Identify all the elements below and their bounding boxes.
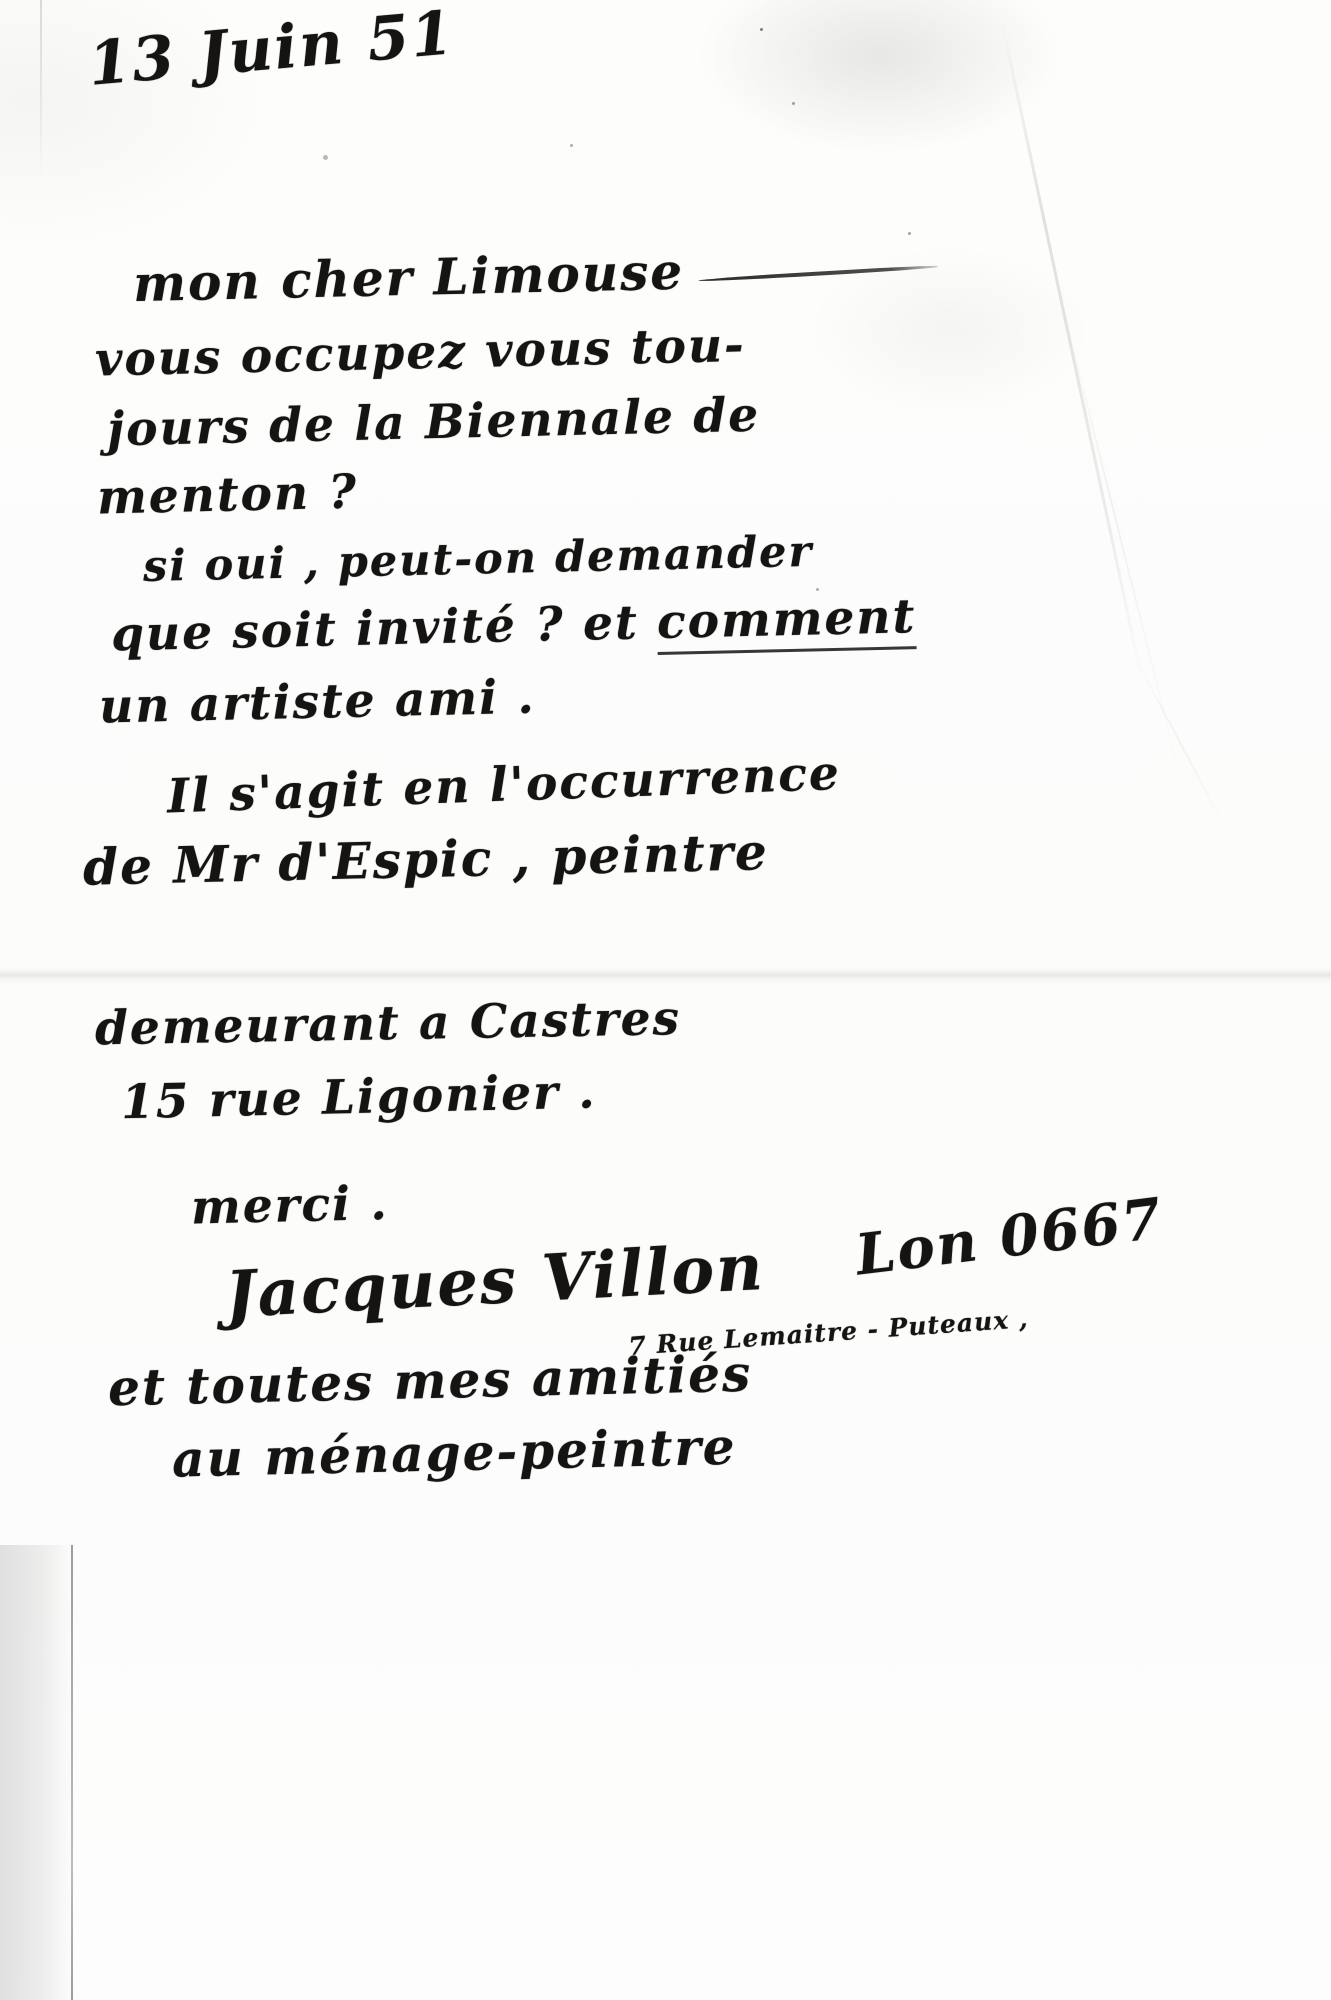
letter-date: 13 Juin 51 xyxy=(86,0,458,100)
letter-line: merci . xyxy=(190,1161,938,1240)
letter-line: un artiste ami . xyxy=(98,657,938,738)
underlined-word: comment xyxy=(656,589,917,655)
letter-body: mon cher Limousevous occupez vous tou-jo… xyxy=(95,242,938,1231)
letter-line: et toutes mes amitiés xyxy=(107,1341,753,1422)
letter-line: vous occupez vous tou- xyxy=(94,310,938,391)
letter-line: menton ? xyxy=(96,449,938,530)
fold-crease-diagonal xyxy=(1060,300,1188,805)
dust-specks xyxy=(760,28,763,31)
fold-crease-diagonal xyxy=(1000,19,1144,685)
letter-scan-page: 13 Juin 51 mon cher Limousevous occupez … xyxy=(0,0,1331,2000)
letter-line: mon cher Limouse xyxy=(132,233,938,317)
signature-name: Jacques Villon xyxy=(223,1230,766,1333)
letter-line: Il s'agit en l'occurrence xyxy=(166,739,939,828)
fold-crease-diagonal xyxy=(1135,659,1226,828)
letter-closing: et toutes mes amitiésau ménage-peintre xyxy=(108,1348,752,1486)
letter-line: demeurant a Castres xyxy=(95,984,939,1061)
letter-line: 15 rue Ligonier . xyxy=(120,1054,938,1135)
letter-line: si oui , peut-on demander xyxy=(142,521,938,596)
letter-line: que soit invité ? et comment xyxy=(110,585,938,666)
letter-line: au ménage-peintre xyxy=(171,1413,753,1492)
letter-line: de Mr d'Espic , peintre xyxy=(82,815,938,900)
pen-flourish xyxy=(698,265,938,283)
paper-edge-streak xyxy=(40,0,42,180)
paper-edge-line xyxy=(71,1545,73,2000)
paper-edge-shading xyxy=(0,1545,74,2000)
letter-line: jours de la Biennale de xyxy=(106,381,938,462)
